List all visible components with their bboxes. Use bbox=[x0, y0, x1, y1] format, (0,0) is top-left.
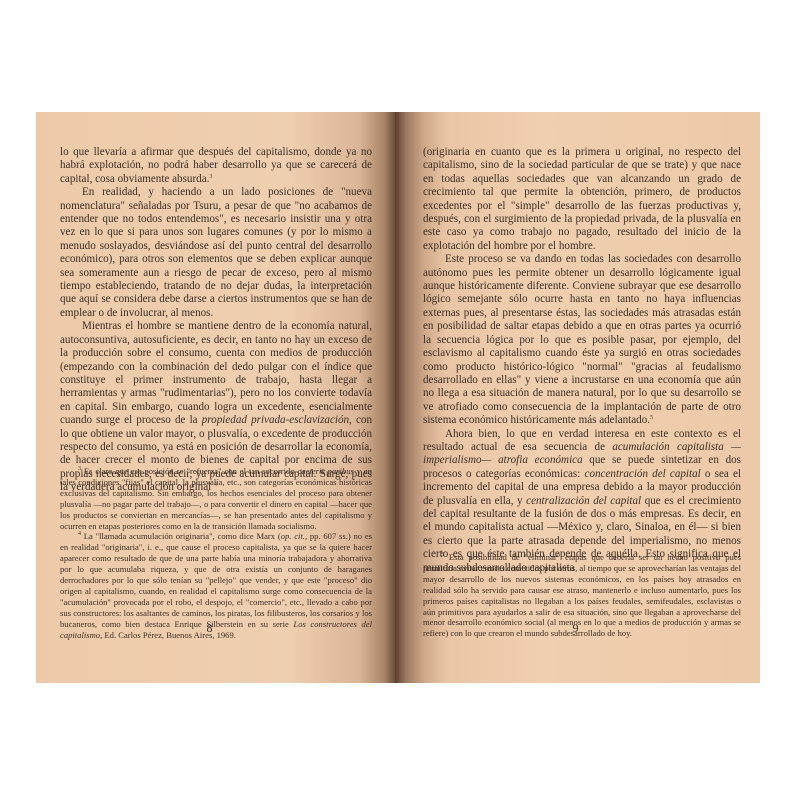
paragraph: (originaria en cuanto que es la primera … bbox=[423, 146, 741, 253]
footnote: 3 Es claro que esa posición se "refuerza… bbox=[60, 466, 372, 531]
page-number-left: 8 bbox=[30, 621, 389, 636]
text-run: lo que llevaría a afirmar que después de… bbox=[60, 146, 372, 185]
paragraph: En realidad, y haciendo a un lado posici… bbox=[60, 186, 372, 320]
right-body-text: (originaria en cuanto que es la primera … bbox=[423, 146, 741, 575]
text-run: , pp. 607 ss.) no es en realidad "origin… bbox=[60, 531, 372, 628]
text-run: Mientras el hombre se mantiene dentro de… bbox=[60, 320, 372, 426]
left-footnotes: 3 Es claro que esa posición se "refuerza… bbox=[60, 466, 372, 641]
footnote-marker: 3 bbox=[209, 174, 212, 180]
left-body-text: lo que llevaría a afirmar que después de… bbox=[60, 146, 372, 495]
text-run: Este proceso se va dando en todas las so… bbox=[423, 253, 741, 426]
left-page: lo que llevaría a afirmar que después de… bbox=[36, 112, 395, 683]
paragraph: Este proceso se va dando en todas las so… bbox=[423, 253, 741, 427]
paragraph: lo que llevaría a afirmar que después de… bbox=[60, 146, 372, 186]
text-run: En realidad, y haciendo a un lado posici… bbox=[60, 186, 372, 319]
italic-text: caeteris paribus bbox=[298, 466, 354, 476]
book-spread: lo que llevaría a afirmar que después de… bbox=[36, 112, 760, 683]
right-page: (originaria en cuanto que es la primera … bbox=[395, 112, 760, 683]
text-run: La "llamada acumulación originaria", com… bbox=[81, 531, 281, 541]
italic-text: propiedad privada-esclavización bbox=[202, 414, 349, 426]
italic-text: concentración del capital bbox=[585, 468, 701, 480]
text-run: (originaria en cuanto que es la primera … bbox=[423, 146, 741, 252]
footnote-marker: 5 bbox=[650, 415, 653, 421]
italic-text: centralización del capital bbox=[526, 495, 641, 507]
text-run: Es claro que esa posición se "refuerza" … bbox=[81, 466, 298, 476]
page-number-right: 9 bbox=[393, 621, 758, 636]
italic-text: op. cit. bbox=[281, 531, 305, 541]
